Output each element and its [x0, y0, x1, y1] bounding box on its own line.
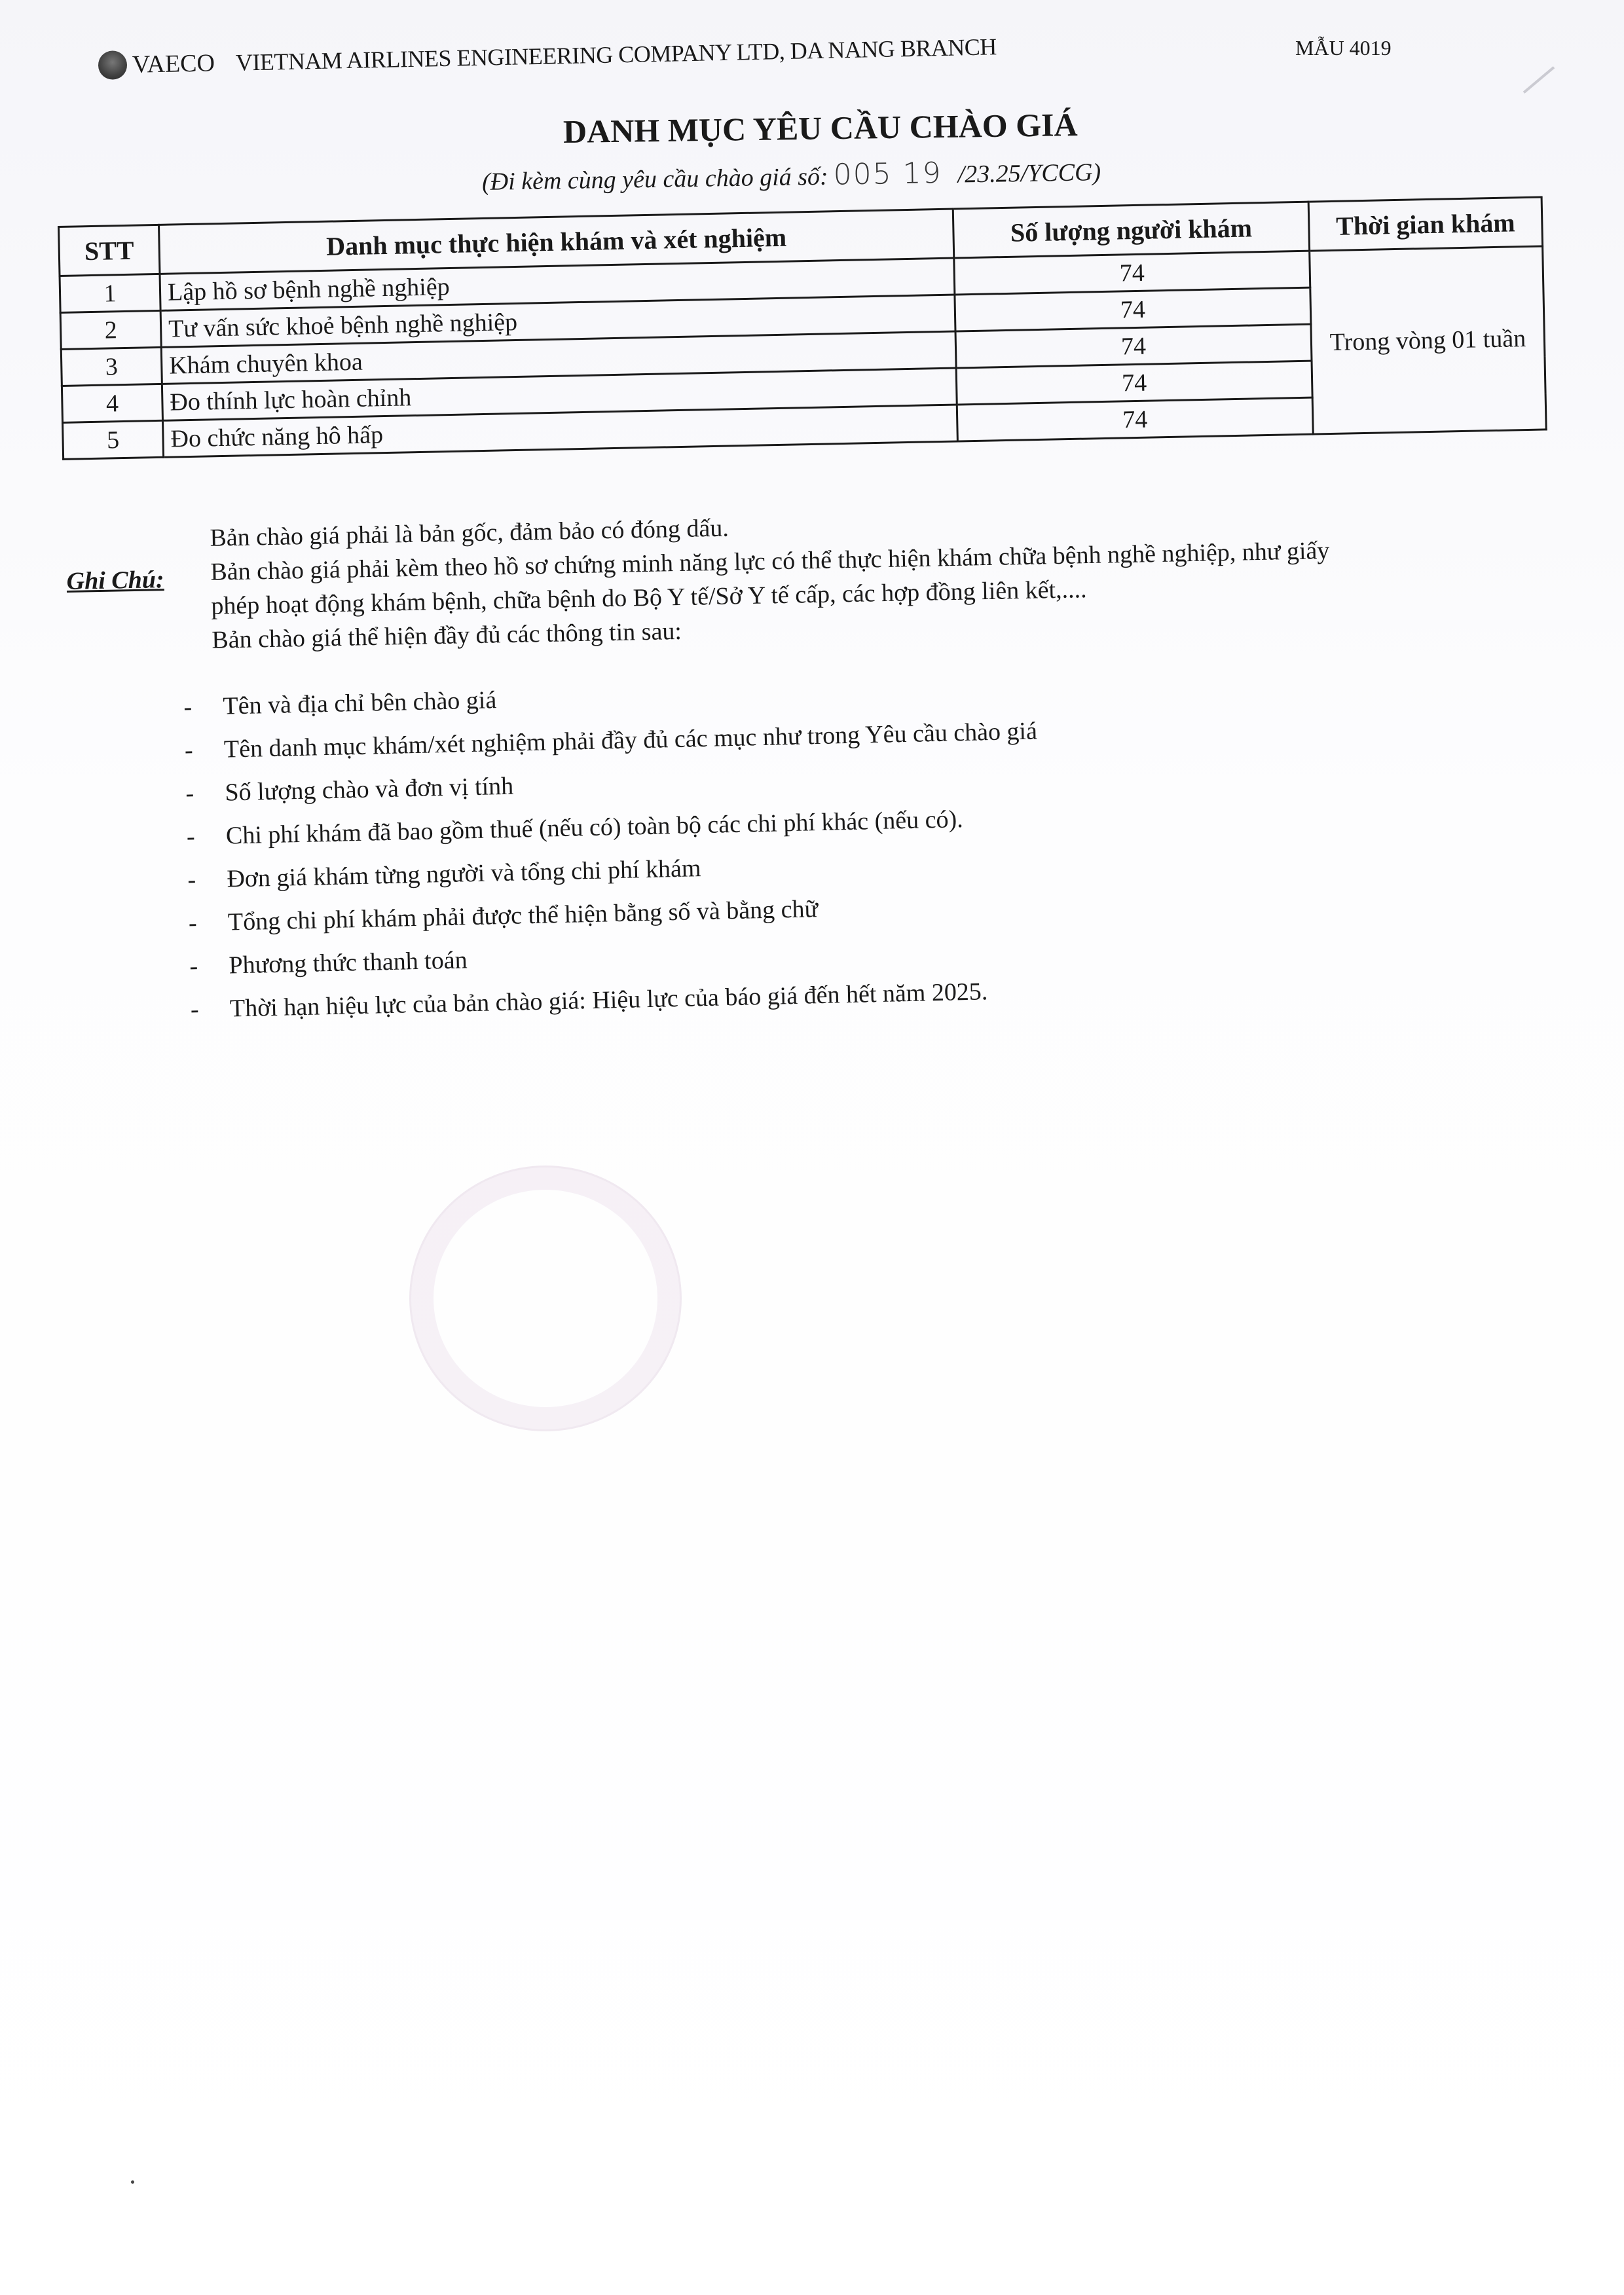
dash-bullet-icon: - [187, 865, 227, 894]
notes-section: Ghi Chú: Bản chào giá phải là bản gốc, đ… [65, 496, 1509, 660]
requirement-text: Số lượng chào và đơn vị tính [225, 772, 514, 807]
handwritten-request-number: 005 19 [833, 156, 942, 192]
cell-stt: 2 [60, 310, 161, 349]
notes-label: Ghi Chú: [66, 562, 164, 598]
logo-text: VAECO [132, 48, 215, 79]
dash-bullet-icon: - [188, 908, 228, 938]
vaeco-logo-icon [98, 50, 128, 80]
cell-stt: 3 [61, 347, 162, 386]
faded-stamp [409, 1166, 682, 1431]
dash-bullet-icon: - [186, 822, 226, 851]
dash-bullet-icon: - [189, 951, 229, 981]
dash-bullet-icon: - [185, 779, 225, 808]
form-code: MẪU 4019 [1295, 36, 1392, 60]
subtitle-suffix: /23.25/YCCG) [957, 158, 1101, 188]
cell-stt: 4 [62, 384, 162, 422]
requirement-text: Phương thức thanh toán [229, 946, 468, 980]
document-title: DANH MỤC YÊU CẦU CHÀO GIÁ [563, 105, 1078, 151]
header-stt: STT [59, 225, 160, 276]
document-page: VAECO VIETNAM AIRLINES ENGINEERING COMPA… [0, 0, 1624, 2295]
subtitle-prefix: (Đi kèm cùng yêu cầu chào giá số: [482, 163, 828, 196]
dash-bullet-icon: - [183, 692, 223, 722]
company-header: VAECO VIETNAM AIRLINES ENGINEERING COMPA… [98, 32, 997, 80]
requirement-text: Tên và địa chỉ bên chào giá [223, 686, 497, 720]
notes-body: Bản chào giá phải là bản gốc, đảm bảo có… [210, 496, 1509, 657]
scan-artifact [1523, 66, 1555, 94]
scan-speck [131, 2180, 134, 2184]
dash-bullet-icon: - [184, 735, 224, 765]
header-time: Thời gian khám [1308, 197, 1542, 251]
dash-bullet-icon: - [190, 995, 230, 1024]
company-name: VIETNAM AIRLINES ENGINEERING COMPANY LTD… [236, 33, 997, 76]
header-quantity: Số lượng người khám [953, 202, 1309, 258]
document-subtitle: (Đi kèm cùng yêu cầu chào giá số:005 19/… [482, 154, 1101, 197]
requirements-list: -Tên và địa chỉ bên chào giá-Tên danh mụ… [183, 667, 1304, 1038]
cell-stt: 5 [63, 420, 164, 459]
cell-time: Trong vòng 01 tuần [1310, 246, 1547, 434]
request-table: STT Danh mục thực hiện khám và xét nghiệ… [58, 196, 1547, 460]
cell-quantity: 74 [957, 397, 1313, 441]
cell-stt: 1 [60, 274, 160, 312]
